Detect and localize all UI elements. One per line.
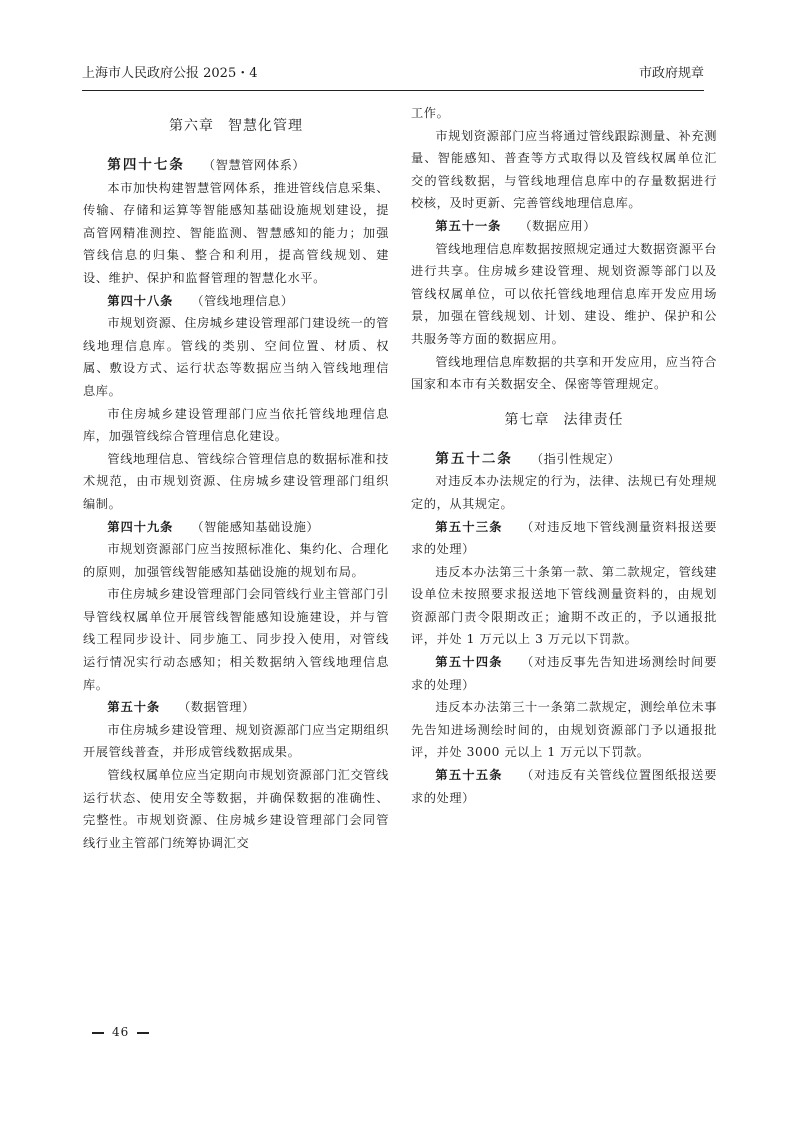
paragraph: 市住房城乡建设管理部门应当依托管线地理信息库，加强管线综合管理信息化建设。 — [83, 403, 389, 448]
article-heading: 第五十二条（指引性规定） — [411, 448, 717, 471]
paragraph: 市规划资源部门应当将通过管线跟踪测量、补充测量、智能感知、普查等方式取得以及管线… — [411, 125, 717, 215]
paragraph: 本市加快构建智慧管网体系，推进管线信息采集、传输、存储和运算等智能感知基础设施规… — [83, 177, 389, 290]
paragraph: 违反本办法第三十一条第二款规定，测绘单位未事先告知进场测绘时间的，由规划资源部门… — [411, 696, 717, 764]
running-header: 上海市人民政府公报 2025・4 市政府规章 — [82, 64, 704, 84]
paragraph: 管线地理信息库数据的共享和开发应用，应当符合国家和本市有关数据安全、保密等管理规… — [411, 351, 717, 396]
article-heading: 第五十一条（数据应用） — [411, 215, 717, 238]
page-footer: 46 — [84, 1022, 157, 1042]
dash-right — [137, 1032, 149, 1034]
article-heading: 第四十八条（管线地理信息） — [83, 290, 389, 313]
chapter-heading: 第七章法律责任 — [411, 409, 717, 431]
paragraph: 市住房城乡建设管理、规划资源部门应当定期组织开展管线普查，并形成管线数据成果。 — [83, 719, 389, 764]
paragraph: 市规划资源部门应当按照标准化、集约化、合理化的原则，加强管线智能感知基础设施的规… — [83, 538, 389, 583]
chapter-heading: 第六章智慧化管理 — [83, 115, 389, 137]
section-title: 市政府规章 — [639, 64, 704, 84]
publication-title: 上海市人民政府公报 2025・4 — [82, 64, 258, 84]
right-column: 工作。 市规划资源部门应当将通过管线跟踪测量、补充测量、智能感知、普查等方式取得… — [411, 102, 717, 809]
page-number: 46 — [112, 1025, 129, 1039]
paragraph: 市住房城乡建设管理部门会同管线行业主管部门引导管线权属单位开展管线智能感知设施建… — [83, 583, 389, 696]
article-heading: 第五十条（数据管理） — [83, 696, 389, 719]
header-divider — [82, 90, 704, 91]
paragraph: 对违反本办法规定的行为，法律、法规已有处理规定的，从其规定。 — [411, 470, 717, 515]
left-column: 第六章智慧化管理 第四十七条（智慧管网体系） 本市加快构建智慧管网体系，推进管线… — [83, 106, 389, 854]
article-heading: 第五十三条（对违反地下管线测量资料报送要求的处理） — [411, 516, 717, 561]
article-heading: 第四十九条（智能感知基础设施） — [83, 516, 389, 539]
paragraph: 市规划资源、住房城乡建设管理部门建设统一的管线地理信息库。管线的类别、空间位置、… — [83, 312, 389, 402]
paragraph-continued: 工作。 — [411, 102, 717, 125]
paragraph: 管线地理信息库数据按照规定通过大数据资源平台进行共享。住房城乡建设管理、规划资源… — [411, 238, 717, 351]
paragraph: 管线权属单位应当定期向市规划资源部门汇交管线运行状态、使用安全等数据，并确保数据… — [83, 764, 389, 854]
dash-left — [92, 1032, 104, 1034]
paragraph: 违反本办法第三十条第一款、第二款规定，管线建设单位未按照要求报送地下管线测量资料… — [411, 561, 717, 651]
paragraph: 管线地理信息、管线综合管理信息的数据标准和技术规范，由市规划资源、住房城乡建设管… — [83, 448, 389, 516]
article-heading: 第四十七条（智慧管网体系） — [83, 154, 389, 177]
article-heading: 第五十五条（对违反有关管线位置图纸报送要求的处理） — [411, 764, 717, 809]
article-heading: 第五十四条（对违反事先告知进场测绘时间要求的处理） — [411, 651, 717, 696]
